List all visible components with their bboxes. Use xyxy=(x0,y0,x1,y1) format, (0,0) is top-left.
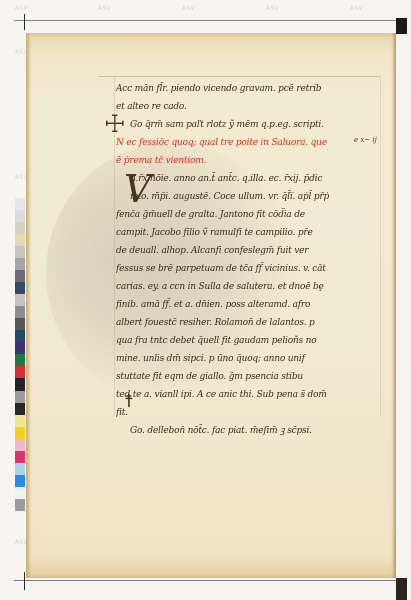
text-line: fessus se brē parpetuam de tc̄a ff̄ vici… xyxy=(116,260,378,278)
marginal-note: e x~ ij xyxy=(354,136,377,144)
color-swatch xyxy=(15,330,25,342)
image-viewer: ASVASVASVASVASVASVASVASVASVASVASVASVASVA… xyxy=(0,0,411,600)
color-swatch xyxy=(15,210,25,222)
color-swatch xyxy=(15,427,25,439)
color-swatch xyxy=(15,222,25,234)
text-line: fenc̄a ḡm̄uell de gralta. Jantono fit cō… xyxy=(116,206,378,224)
watermark-stamp: ASV xyxy=(350,6,363,12)
text-line: de deuall. alhop. Alcanfi confeslegm̄ fu… xyxy=(116,242,378,260)
text-line: stuttate fit eqm de giallo. ḡm psencia s… xyxy=(116,368,378,386)
page-edge-left xyxy=(26,33,31,578)
color-swatch xyxy=(15,499,25,511)
color-swatch xyxy=(15,282,25,294)
text-line: Acc mān fl̄r. piendo vicendo gravam. pcē… xyxy=(116,80,378,98)
color-swatch xyxy=(15,318,25,330)
crop-mark-bottom-left xyxy=(24,572,25,590)
rubric-line: ē ṗrema tc̄ vientiom. xyxy=(116,152,378,170)
color-swatch xyxy=(15,294,25,306)
color-swatch xyxy=(15,487,25,499)
text-line: n.r̄x nōie. anno an.t̄ ant̄c. q.illa. ec… xyxy=(116,170,378,188)
text-line: ted te a. vianll ipi. A ce anic thi. Sub… xyxy=(116,386,378,404)
watermark-stamp: ASV xyxy=(15,6,28,12)
color-swatch xyxy=(15,439,25,451)
watermark-stamp: ASV xyxy=(182,6,195,12)
text-line: campit. Jacobo filio ṽ ramulfi te campil… xyxy=(116,224,378,242)
color-swatch xyxy=(15,403,25,415)
text-line: carias. ey. a ccn in Sulla de salutera. … xyxy=(116,278,378,296)
color-swatch xyxy=(15,475,25,487)
color-swatch xyxy=(15,415,25,427)
text-line: et alteo re cado. xyxy=(116,98,378,116)
crop-mark-top xyxy=(14,20,398,21)
color-swatch xyxy=(15,306,25,318)
text-line: albert fouestc̄ resiher. Rolamon̄ de lal… xyxy=(116,314,378,332)
watermark-stamp: ASV xyxy=(266,6,279,12)
watermark-stamp: ASV xyxy=(98,6,111,12)
text-line: fit. xyxy=(116,404,378,422)
color-swatch xyxy=(15,246,25,258)
color-swatch xyxy=(15,234,25,246)
text-line: finib. amā ff̄. et a. dn̄ien. poss alter… xyxy=(116,296,378,314)
color-swatch xyxy=(15,270,25,282)
rubric-line: N ec fessiōc quoq; qual tre poite in Sal… xyxy=(116,134,378,152)
color-calibration-strip xyxy=(15,198,25,511)
ruling-line-right xyxy=(380,76,381,416)
ruling-line-top xyxy=(98,76,380,77)
text-line: mine. unlis dm̄ sipci. p ūno q̄uoq; anno… xyxy=(116,350,378,368)
color-swatch xyxy=(15,451,25,463)
color-swatch xyxy=(15,378,25,390)
text-line: Go q̄rm̄ sam paľt rlotz ỹ mēm q.p.eg. sc… xyxy=(116,116,378,134)
text-line: ṁ.o. ṁ̄p̄i. augustē. Coce ullum. vr. q̄l… xyxy=(116,188,378,206)
page-edge-right xyxy=(392,33,396,578)
color-swatch xyxy=(15,258,25,270)
crop-mark-bottom xyxy=(14,580,398,581)
manuscript-text: Acc mān fl̄r. piendo vicendo gravam. pcē… xyxy=(116,80,378,440)
color-swatch xyxy=(15,391,25,403)
color-swatch xyxy=(15,354,25,366)
crop-mark-top-left xyxy=(24,14,25,30)
text-line: Go. dellebon̄ nōt̄c. fac piat. m̄eſim̄ ꝫ… xyxy=(116,422,378,440)
registration-tab-bottom xyxy=(396,578,407,600)
text-line: qua fra tntc debet q̄uell fit gaudam pel… xyxy=(116,332,378,350)
registration-tab-top xyxy=(396,18,407,34)
color-swatch xyxy=(15,342,25,354)
color-swatch xyxy=(15,198,25,210)
color-swatch xyxy=(15,463,25,475)
color-swatch xyxy=(15,366,25,378)
